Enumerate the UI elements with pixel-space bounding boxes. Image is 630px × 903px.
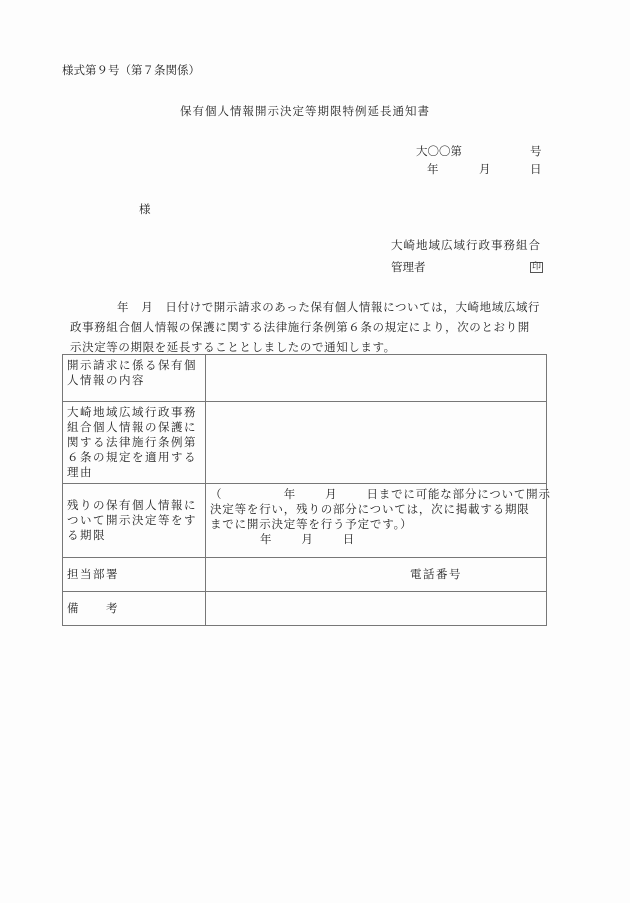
body-line-2: 政事務組合個人情報の保護に関する法律施行条例第６条の規定により，次のとおり開: [70, 317, 550, 337]
row-label-request-content: 開示請求に係る保有個人情報の内容: [63, 355, 206, 402]
phone-number-label: 電話番号: [210, 567, 462, 581]
table-row: 備 考: [63, 592, 547, 626]
table-row: 残りの保有個人情報について開示決定等をする期限 （ 年 月 日までに可能な部分に…: [63, 484, 547, 558]
row-label-reason: 大崎地域広域行政事務組合個人情報の保護に関する法律施行条例第６条の規定を適用する…: [63, 402, 206, 484]
deadline-line-4: 年 月 日: [210, 532, 542, 547]
row-value-request-content[interactable]: [206, 355, 547, 402]
sender-title: 管理者 印: [391, 262, 543, 274]
row-value-remarks[interactable]: [206, 592, 547, 626]
doc-number-suffix: 号: [530, 146, 542, 158]
sender-organization: 大崎地域広域行政事務組合: [391, 240, 541, 252]
row-value-reason[interactable]: [206, 402, 547, 484]
form-number: 様式第９号（第７条関係）: [62, 65, 200, 77]
date-year: 年: [427, 164, 439, 176]
document-title: 保有個人情報開示決定等期限特例延長通知書: [180, 106, 430, 118]
deadline-line-2: 決定等を行い，残りの部分については，次に掲載する期限: [210, 502, 542, 517]
row-label-deadline: 残りの保有個人情報について開示決定等をする期限: [63, 484, 206, 558]
seal-icon: 印: [530, 262, 543, 273]
table-row: 大崎地域広域行政事務組合個人情報の保護に関する法律施行条例第６条の規定を適用する…: [63, 402, 547, 484]
row-label-remarks: 備 考: [63, 592, 206, 626]
deadline-line-1: （ 年 月 日までに可能な部分について開示: [210, 487, 542, 502]
row-value-department[interactable]: 電話番号: [206, 558, 547, 592]
deadline-line-3: までに開示決定等を行う予定です。）: [210, 517, 542, 532]
table-row: 開示請求に係る保有個人情報の内容: [63, 355, 547, 402]
body-line-1: 年 月 日付けで開示請求のあった保有個人情報については，大崎地域広域行: [70, 297, 550, 317]
sender-title-label: 管理者: [391, 260, 426, 274]
recipient-honorific: 様: [139, 204, 151, 216]
doc-number-prefix: 大〇〇第: [416, 146, 462, 158]
date-day: 日: [530, 164, 542, 176]
table-row: 担当部署 電話番号: [63, 558, 547, 592]
row-label-department: 担当部署: [63, 558, 206, 592]
date-month: 月: [479, 164, 491, 176]
extension-details-table: 開示請求に係る保有個人情報の内容 大崎地域広域行政事務組合個人情報の保護に関する…: [62, 354, 547, 626]
notice-body: 年 月 日付けで開示請求のあった保有個人情報については，大崎地域広域行 政事務組…: [70, 297, 550, 357]
row-value-deadline[interactable]: （ 年 月 日までに可能な部分について開示 決定等を行い，残りの部分については，…: [206, 484, 547, 558]
